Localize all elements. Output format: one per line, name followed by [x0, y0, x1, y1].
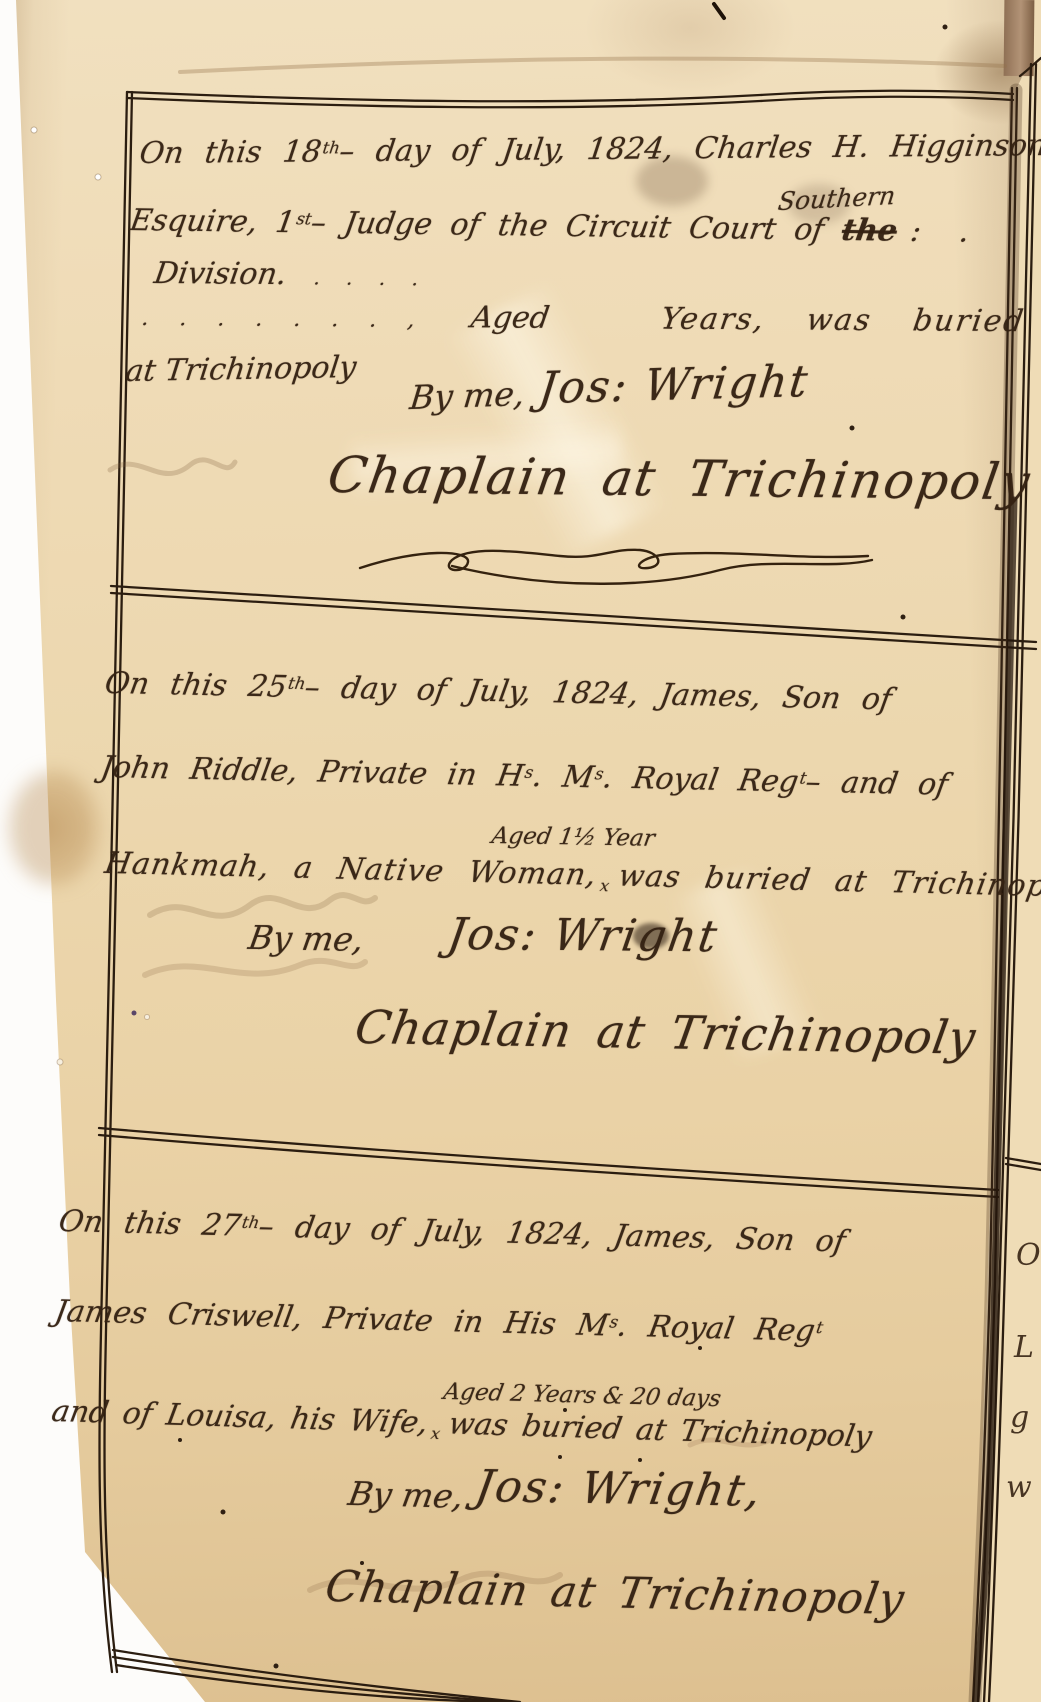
entry1-line3: Division.. . . . — [152, 256, 432, 293]
pin-hole — [95, 174, 101, 180]
pin-hole — [57, 1059, 63, 1065]
entry1-name-text: – day of July, 1824, Charles H. Higginso… — [337, 128, 1041, 169]
ink-speck — [638, 1458, 642, 1462]
entry2-age-insertion: Aged 1½ Year — [490, 823, 657, 852]
entry1-place-text: at Trichinopoly — [124, 350, 359, 389]
row-divider-line — [111, 593, 1036, 649]
row-divider-line — [113, 1650, 520, 1702]
ink-speck — [850, 426, 855, 431]
entry1-office-text: – Judge of the Circuit Court of — [308, 206, 844, 248]
dotted-blank: . . . . — [312, 265, 430, 290]
ink-speck — [698, 1346, 702, 1350]
entry1-byme-label: By me, — [408, 374, 527, 417]
struck-word: the — [839, 213, 899, 249]
entry1-division-text: Division. — [152, 256, 289, 292]
adjacent-page-divider-line — [1006, 1158, 1041, 1164]
entry2-regiment-text: – and of — [803, 765, 950, 803]
entry3-signature: Jos: Wright, — [472, 1461, 766, 1517]
ink-speck — [274, 1664, 279, 1669]
ink-speck — [901, 615, 906, 620]
row-divider-line — [111, 586, 1036, 642]
ink-speck — [221, 1510, 226, 1515]
entry3-byme-label: By me, — [345, 1474, 466, 1516]
ink-speck — [714, 4, 724, 18]
entry2-chaplain-line: Chaplain at Trichinopoly — [351, 1000, 979, 1065]
entry1-line4: . . . . . . . ,AgedYears, was buried — [140, 298, 1027, 339]
entry2-byme-label: By me, — [246, 918, 367, 959]
entry3-regiment-text: . Royal Reg — [615, 1309, 818, 1349]
row-divider-line — [99, 1135, 998, 1197]
caret-mark: x — [429, 1424, 441, 1443]
entry3-date-text: On this 27 — [56, 1204, 243, 1244]
entry2-regiment-text: . M — [530, 759, 596, 795]
entry1-line2-dots: : . — [908, 214, 982, 250]
ink-speck — [178, 1438, 182, 1442]
entry2-date-text: On this 25 — [102, 666, 289, 705]
register-photo: On L g w — [0, 0, 1041, 1702]
flourish-swash — [360, 550, 872, 584]
caret-mark: x — [599, 876, 612, 895]
ink-bleed-ghost — [145, 961, 365, 975]
adjacent-page-divider-line — [1006, 1164, 1041, 1170]
entry2-signature: Jos: Wright — [444, 909, 722, 962]
entry1-aged-label: Aged — [469, 300, 552, 336]
dotted-blank: . . . . . . . , — [140, 306, 429, 333]
ink-speck — [132, 1011, 137, 1016]
pin-hole — [145, 1015, 150, 1020]
ink-bleed-ghost — [110, 460, 235, 474]
ink-speck — [558, 1455, 562, 1459]
entry1-burial-text: Years, was buried — [659, 302, 1028, 340]
entry1-chaplain-line: Chaplain at Trichinopoly — [324, 446, 1035, 511]
entry2-regiment-text: . Royal Reg — [600, 761, 801, 800]
pin-hole — [31, 127, 37, 133]
ink-bleed-ghost — [150, 895, 375, 916]
entry1-signature: Jos: Wright — [536, 356, 812, 414]
sheet-edge-shadow — [180, 59, 1005, 72]
entry1-title-text: Esquire, 1 — [128, 203, 298, 240]
ink-speck — [943, 25, 948, 30]
row-divider-line — [99, 1128, 998, 1190]
entry1-date-text: On this 18 — [137, 134, 323, 171]
